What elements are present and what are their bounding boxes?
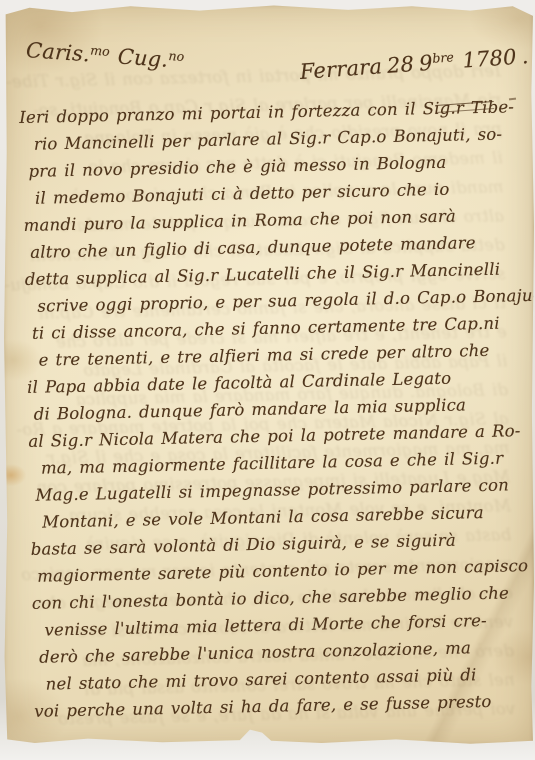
dateline-period: . — [521, 44, 530, 68]
dateline-year: 1780 — [462, 45, 518, 73]
salutation-superscript: no — [168, 48, 185, 64]
salutation: Caris.mo Cug.no — [25, 38, 184, 73]
salutation-word: Cug. — [117, 44, 169, 71]
dateline-month-suffix: bre — [432, 49, 455, 65]
dateline-place: Ferrara — [299, 54, 383, 84]
salutation-word: Caris. — [25, 38, 91, 66]
photo-background: Ieri doppo pranzo mi portai in fortezza … — [0, 0, 535, 760]
dateline-day: 28 — [386, 52, 415, 78]
letter-paper: Ieri doppo pranzo mi portai in fortezza … — [3, 4, 534, 746]
salutation-superscript: mo — [90, 43, 111, 59]
letter-body: Ieri doppo pranzo mi portai in fortezza … — [3, 93, 534, 725]
dateline: Ferrara289bre 1780. — [299, 44, 534, 84]
